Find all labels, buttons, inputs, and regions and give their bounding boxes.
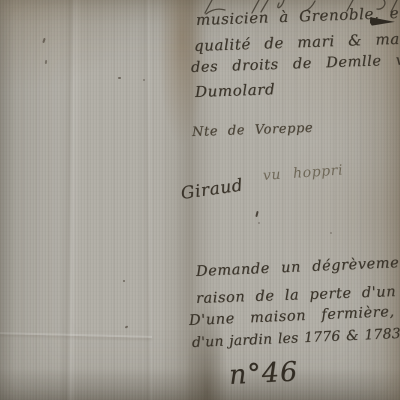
summary-line-raison: raison de la perte d'un fond, — [196, 282, 400, 307]
horizontal-crease — [0, 332, 152, 338]
left-page-crease — [60, 0, 82, 400]
ink-comma-mark — [255, 211, 258, 217]
annotation-voreppe: Nte de Voreppe — [192, 121, 314, 140]
second-crease — [141, 0, 156, 400]
countersignature: vu hoppri — [262, 162, 343, 184]
paper-speck — [45, 60, 47, 64]
paper-speck — [125, 325, 129, 328]
paper-speck — [42, 38, 45, 43]
handwriting-line-qualite: qualité de mari & maitre — [194, 29, 400, 55]
signature-giraud: Giraud — [180, 175, 245, 204]
summary-line-jardin: d'un jardin les 1776 & 1783. — [192, 326, 400, 351]
manuscript-photo: musicien à Grenoble, en — qualité de mar… — [0, 0, 400, 400]
paper-speck — [258, 222, 260, 224]
handwriting-line-dumolard: Dumolard — [195, 80, 276, 101]
paper-speck — [123, 280, 125, 282]
handwriting-line-droits: des droits de Demlle victoire — [191, 51, 400, 76]
summary-line-demande: Demande un dégrèvement en — — [196, 252, 400, 280]
paper-speck — [143, 79, 145, 81]
docket-number: n°46 — [228, 356, 299, 391]
paper-speck — [118, 77, 121, 79]
paper-speck — [330, 232, 332, 234]
